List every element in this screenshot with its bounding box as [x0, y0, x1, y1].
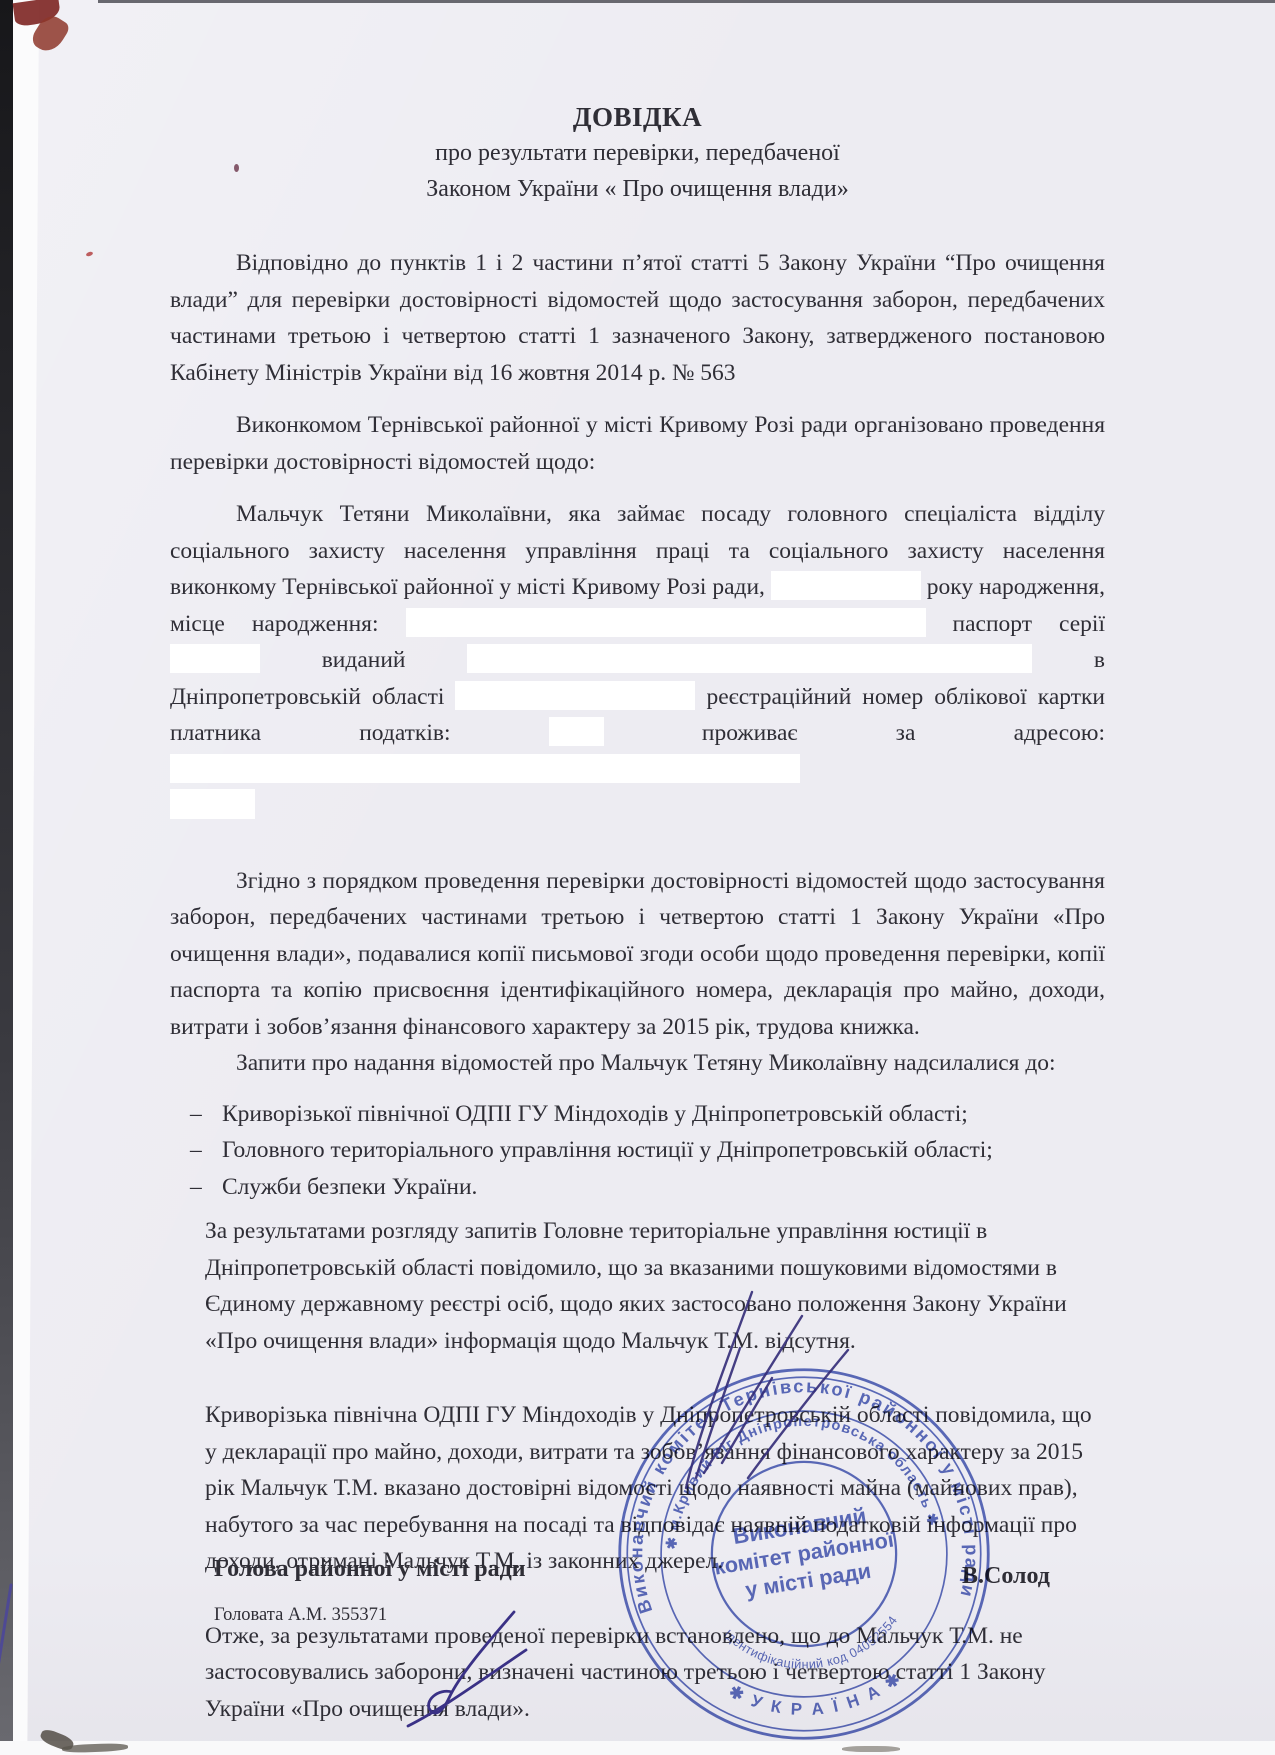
- list-item: –Головного територіального управління юс…: [170, 1132, 1105, 1169]
- scan-fleck: [86, 251, 94, 257]
- scanned-page: ДОВІДКА про результати перевірки, передб…: [0, 0, 1275, 1755]
- list-item-text: Головного територіального управління юст…: [222, 1132, 993, 1169]
- scan-edge-bottom: [0, 1741, 1275, 1755]
- paragraph-subject-details: Мальчук Тетяни Миколаївни, яка займає по…: [170, 496, 1105, 825]
- document-title: ДОВІДКА: [170, 99, 1105, 135]
- redaction-box: [170, 789, 255, 819]
- signature-strokes-over-stamp: [652, 1288, 902, 1503]
- paragraph-requests-sent: Запити про надання відомостей про Мальчу…: [170, 1045, 1105, 1082]
- redaction-box: [455, 681, 695, 710]
- document-subtitle-line2: Законом України « Про очищення влади»: [170, 171, 1105, 207]
- recipient-list: –Криворізької північної ОДПІ ГУ Міндоход…: [170, 1096, 1105, 1206]
- clerk-note: Головата А.М. 355371: [214, 1605, 387, 1626]
- scan-paper-edge: [13, 0, 39, 1755]
- list-item: –Криворізької північної ОДПІ ГУ Міндоход…: [170, 1096, 1105, 1133]
- redaction-box: [406, 608, 926, 637]
- paragraph-legal-basis: Відповідно до пунктів 1 і 2 частини п’ят…: [170, 245, 1105, 391]
- redaction-box: [549, 717, 604, 746]
- list-item-marker: –: [170, 1096, 222, 1133]
- redaction-box: [170, 644, 260, 673]
- paragraph-organizer: Виконкомом Тернівської районної у місті …: [170, 407, 1105, 480]
- redaction-box: [771, 571, 921, 600]
- list-item-marker: –: [170, 1132, 222, 1169]
- scan-smudge: [842, 1746, 900, 1752]
- list-item-marker: –: [170, 1169, 222, 1206]
- list-item: –Служби безпеки України.: [170, 1169, 1105, 1206]
- redaction-box: [170, 754, 800, 783]
- redaction-box: [467, 644, 1032, 673]
- paragraph-procedure: Згідно з порядком проведення перевірки д…: [170, 863, 1105, 1046]
- list-item-text: Служби безпеки України.: [222, 1169, 477, 1206]
- handwritten-signature: [402, 1606, 552, 1736]
- list-item-text: Криворізької північної ОДПІ ГУ Міндоході…: [222, 1096, 968, 1133]
- signer-position-title: Голова районної у місті ради: [214, 1556, 526, 1583]
- scan-edge-left: [0, 0, 13, 1755]
- document-subtitle-line1: про результати перевірки, передбаченої: [170, 135, 1105, 171]
